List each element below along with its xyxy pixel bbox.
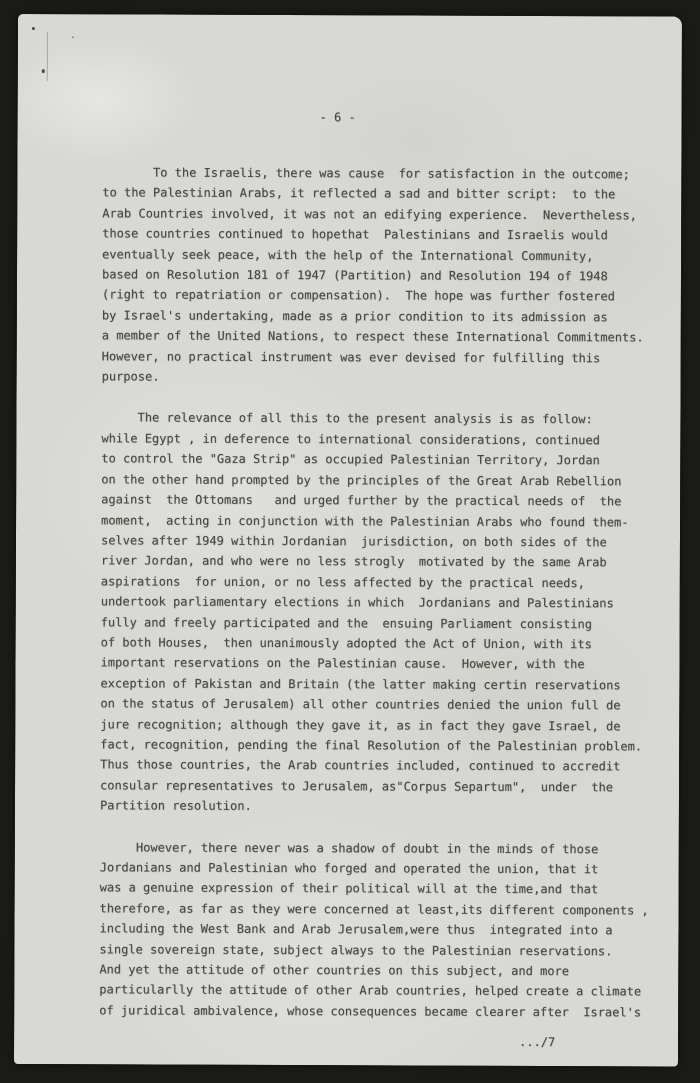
paper-scratch: [47, 32, 48, 81]
paragraph-3: However, there never was a shadow of dou…: [99, 837, 649, 1023]
paper-speck: [42, 69, 45, 73]
paper-speck: [32, 27, 35, 30]
paragraph-2: The relevance of all this to the present…: [100, 408, 651, 818]
document-body: To the Israelis, there was cause for sat…: [99, 162, 651, 1043]
continuation-mark: .../7: [519, 1035, 555, 1049]
page-number-header: - 6 -: [18, 109, 658, 125]
paper-speck: [72, 36, 74, 38]
document-page: - 6 - To the Israelis, there was cause f…: [14, 14, 682, 1067]
scan-background: - 6 - To the Israelis, there was cause f…: [0, 0, 700, 1083]
paragraph-1: To the Israelis, there was cause for sat…: [102, 162, 652, 389]
